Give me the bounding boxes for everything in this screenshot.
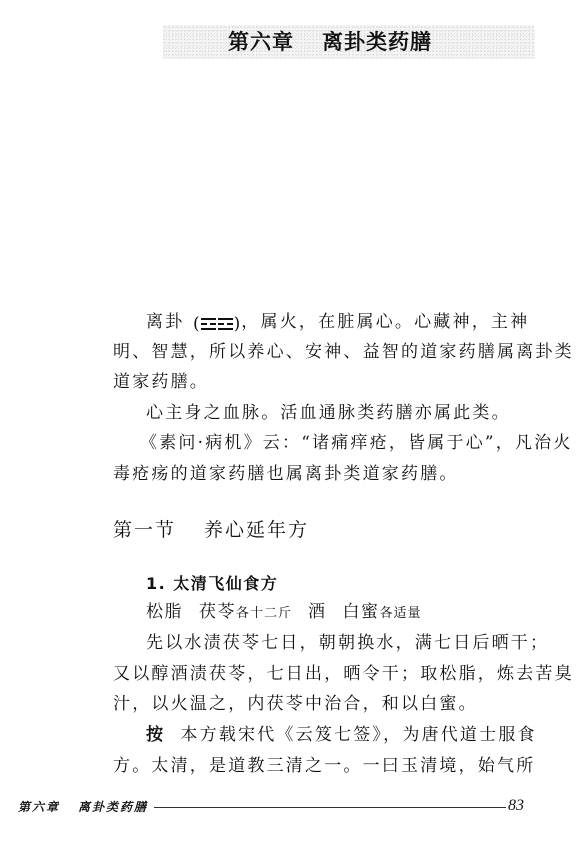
text-span: 离卦	[146, 312, 184, 332]
chapter-title: 离卦类药膳	[322, 30, 432, 54]
method-line-2: 又以醇酒渍茯苓，七日出，晒令干；取松脂，炼去苦臭	[113, 659, 538, 689]
text-span: ，属火，在脏属心。心藏神，主神	[241, 312, 529, 332]
li-hexagram-icon: ( )	[193, 309, 240, 339]
trigram-upper-icon	[218, 318, 233, 330]
note-label: 按	[146, 725, 165, 745]
intro-paragraph-3-line-2: 毒疮疡的道家药膳也属离卦类道家药膳。	[113, 459, 538, 489]
intro-paragraph-1-line-2: 明、智慧，所以养心、安神、益智的道家药膳属离卦类	[113, 337, 538, 367]
trigram-lower-icon	[201, 318, 216, 330]
intro-paragraph-3-line-1: 《素问·病机》云：“诸痛痒疮，皆属于心”，凡治火	[140, 428, 532, 458]
section-heading: 第一节养心延年方	[113, 516, 309, 544]
intro-paragraph-1-line-3: 道家药膳。	[113, 367, 538, 397]
ingredient-qty: 各适量	[380, 606, 422, 621]
recipe-title: 1. 太清飞仙食方	[146, 571, 278, 597]
page-number: 83	[508, 797, 524, 815]
paren-close: )	[234, 309, 241, 339]
note-line-1: 按 本方载宋代《云笈七签》，为唐代道士服食	[146, 720, 538, 750]
paren-open: (	[193, 309, 200, 339]
ingredient-name: 白蜜	[343, 602, 380, 622]
footer-rule-divider	[154, 807, 506, 808]
ingredients-list: 松脂茯苓各十二斤酒白蜜各适量	[146, 597, 422, 629]
intro-paragraph-1-line-1: 离卦 ( ) ，属火，在脏属心。心藏神，主神	[146, 307, 538, 339]
note-line-2: 方。太清，是道教三清之一。一曰玉清境，始气所	[113, 751, 538, 781]
footer-chapter-label: 第六章	[18, 800, 60, 814]
ingredient-name: 松脂	[146, 602, 183, 622]
ingredient-name: 酒	[308, 602, 327, 622]
section-number: 第一节	[113, 519, 176, 541]
note-text: 本方载宋代《云笈七签》，为唐代道士服食	[180, 725, 536, 745]
ingredient-name: 茯苓	[199, 602, 236, 622]
footer-chapter-title: 离卦类药膳	[78, 800, 148, 814]
method-line-3: 汁，以火温之，内茯苓中治合，和以白蜜。	[113, 689, 538, 719]
chapter-heading: 第六章离卦类药膳	[228, 27, 432, 57]
chapter-label: 第六章	[228, 30, 294, 54]
running-footer: 第六章离卦类药膳 83	[18, 796, 524, 816]
method-line-1: 先以水渍茯苓七日，朝朝换水，满七日后晒干；	[146, 628, 538, 658]
ingredient-qty: 各十二斤	[236, 606, 292, 621]
footer-chapter: 第六章离卦类药膳	[18, 798, 148, 815]
section-title: 养心延年方	[204, 519, 309, 541]
intro-paragraph-2: 心主身之血脉。活血通脉类药膳亦属此类。	[146, 398, 538, 428]
